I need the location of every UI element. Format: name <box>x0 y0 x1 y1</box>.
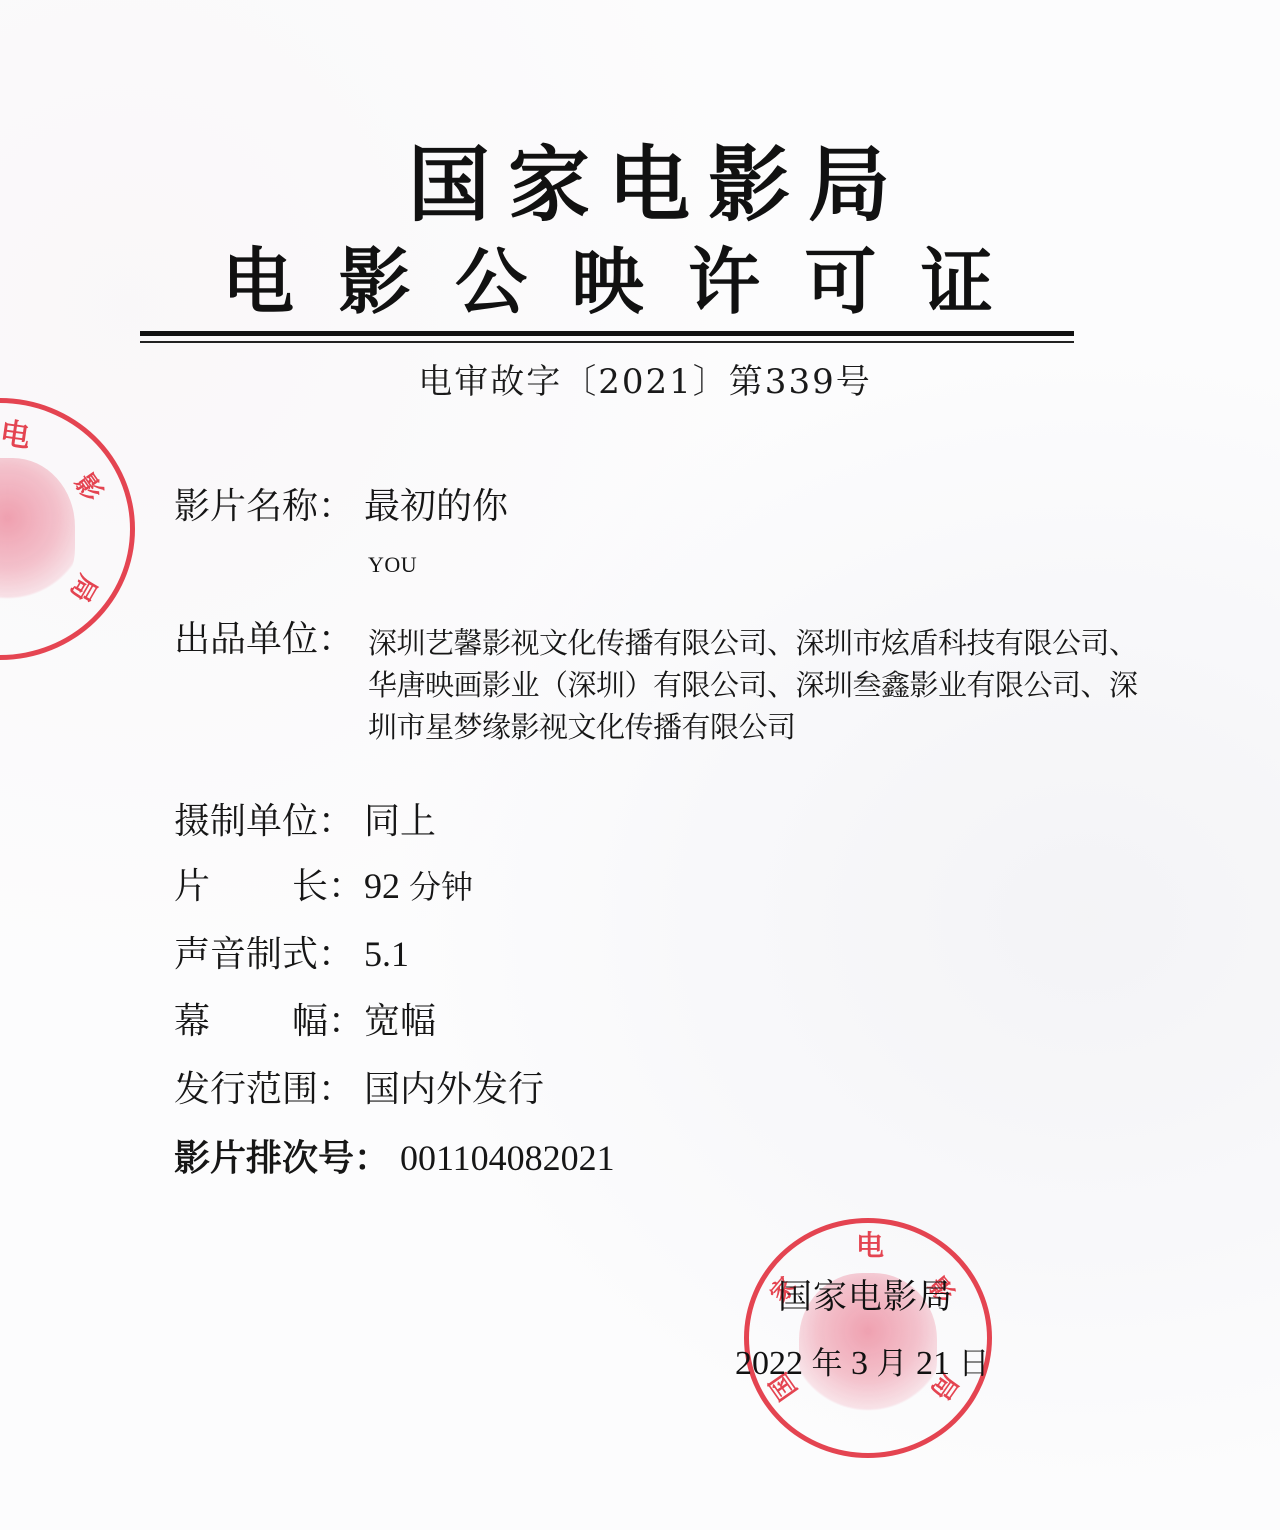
field-value: 5.1 <box>364 930 409 978</box>
label-part: 幕 <box>174 998 210 1046</box>
producer-line: 圳市星梦缘影视文化传播有限公司 <box>368 706 1188 748</box>
header-rule-thin <box>140 341 1074 343</box>
seal-char: 局 <box>64 569 103 607</box>
field-value: 001104082021 <box>400 1134 615 1182</box>
date-year: 2022 <box>735 1345 803 1382</box>
english-title: YOU <box>368 550 417 580</box>
producer-line: 深圳艺馨影视文化传播有限公司、深圳市炫盾科技有限公司、 <box>368 622 1188 664</box>
field-shooting-unit: 摄制单位： 同上 <box>174 798 436 846</box>
field-film-title: 影片名称： 最初的你 <box>174 483 508 531</box>
field-label: 片 长： <box>174 863 364 911</box>
field-label: 摄制单位： <box>174 798 364 846</box>
document-number: 电审故字〔2021〕第339号 <box>0 360 1280 404</box>
national-emblem-icon <box>0 458 75 608</box>
document-title-char: 影 <box>338 236 410 328</box>
field-label: 影片名称： <box>174 483 364 531</box>
date-year-unit: 年 <box>812 1346 843 1382</box>
field-release-scope: 发行范围： 国内外发行 <box>174 1066 544 1114</box>
label-part: 片 <box>174 863 210 911</box>
length-unit: 分钟 <box>409 868 473 906</box>
field-sound-format: 声音制式： 5.1 <box>174 930 409 979</box>
field-label: 声音制式： <box>174 931 364 979</box>
field-length: 片 长： 92 分钟 <box>174 862 473 911</box>
field-value: 92 分钟 <box>364 862 473 911</box>
seal-char: 电 <box>0 419 32 453</box>
label-part: 幅： <box>292 998 364 1046</box>
field-label: 影片排次号： <box>174 1135 400 1183</box>
issue-date: 2022 年 3 月 21 日 <box>735 1342 990 1386</box>
field-producer: 出品单位： <box>174 616 364 664</box>
field-label: 发行范围： <box>174 1066 364 1114</box>
seal-char: 影 <box>68 469 107 508</box>
field-label: 出品单位： <box>174 616 364 664</box>
seal-char: 电 <box>856 1231 884 1261</box>
producer-line: 华唐映画影业（深圳）有限公司、深圳叁鑫影业有限公司、深 <box>368 664 1188 706</box>
field-value: 最初的你 <box>364 483 508 531</box>
document-title-char: 证 <box>921 236 993 328</box>
producer-value: 深圳艺馨影视文化传播有限公司、深圳市炫盾科技有限公司、 华唐映画影业（深圳）有限… <box>368 622 1188 748</box>
date-day-unit: 日 <box>959 1346 990 1382</box>
field-screen-format: 幕 幅： 宽幅 <box>174 998 436 1046</box>
date-month-unit: 月 <box>877 1346 908 1382</box>
document-title-char: 映 <box>571 236 643 328</box>
field-value: 国内外发行 <box>364 1066 544 1114</box>
document-title-char: 许 <box>688 236 760 328</box>
field-label: 幕 幅： <box>174 998 364 1046</box>
field-value: 同上 <box>364 798 436 846</box>
issuer-signature: 国家电影局 <box>778 1275 953 1319</box>
date-month: 3 <box>851 1345 868 1382</box>
official-seal-right: 电 家 影 国 局 <box>744 1218 992 1458</box>
date-day: 21 <box>916 1345 950 1382</box>
document-title-char: 公 <box>455 236 527 328</box>
length-number: 92 <box>364 866 400 906</box>
document-title: 电 影 公 映 许 可 证 <box>140 236 1075 328</box>
document-title-char: 电 <box>222 236 294 328</box>
document-title-char: 可 <box>804 236 876 328</box>
header-rule-thick <box>140 331 1074 336</box>
field-serial-number: 影片排次号： 001104082021 <box>174 1134 615 1183</box>
issuer-title: 国家电影局 <box>0 138 1280 234</box>
field-value: 宽幅 <box>364 998 436 1046</box>
label-part: 长： <box>292 863 364 911</box>
